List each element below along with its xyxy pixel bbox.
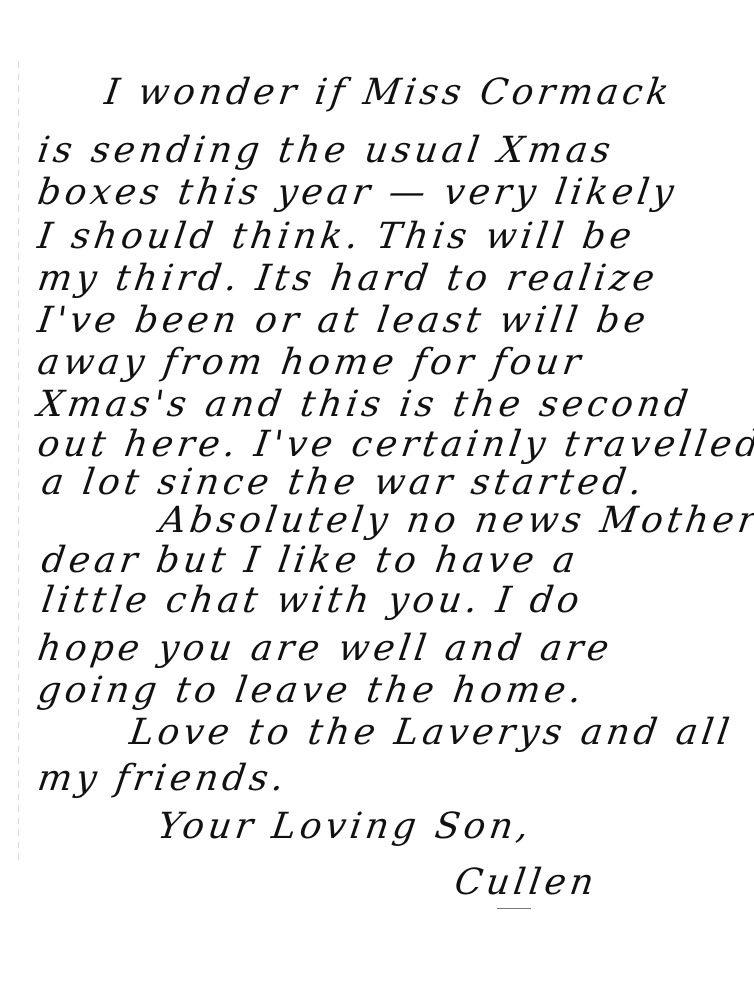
signature-underline [497, 908, 531, 909]
letter-line-5: my third. Its hard to realize [35, 258, 661, 299]
letter-line-2: is sending the usual Xmas [35, 130, 617, 171]
letter-line-4: I should think. This will be [35, 216, 638, 257]
letter-line-1: I wonder if Miss Cormack [102, 72, 675, 113]
letter-line-13: little chat with you. I do [39, 580, 586, 621]
letter-line-14: hope you are well and are [35, 628, 615, 669]
letter-line-15: going to leave the home. [35, 670, 588, 711]
letter-line-12: dear but I like to have a [39, 540, 581, 581]
letter-line-6: I've been or at least will be [35, 300, 652, 341]
letter-line-7: away from home for four [35, 342, 587, 383]
letter-signature: Cullen [452, 862, 600, 903]
letter-line-17: my friends. [35, 758, 290, 799]
letter-closing: Your Loving Son, [155, 806, 535, 847]
letter-line-3: boxes this year — very likely [35, 172, 680, 213]
letter-line-11: Absolutely no news Mother [157, 500, 754, 541]
letter-line-9: out here. I've certainly travelled [35, 424, 754, 465]
margin-line [18, 62, 19, 862]
letter-line-10: a lot since the war started. [39, 462, 648, 503]
letter-page: I wonder if Miss Cormack is sending the … [0, 0, 754, 1000]
letter-line-16: Love to the Laverys and all [127, 712, 736, 753]
letter-line-8: Xmas's and this is the second [35, 384, 694, 425]
